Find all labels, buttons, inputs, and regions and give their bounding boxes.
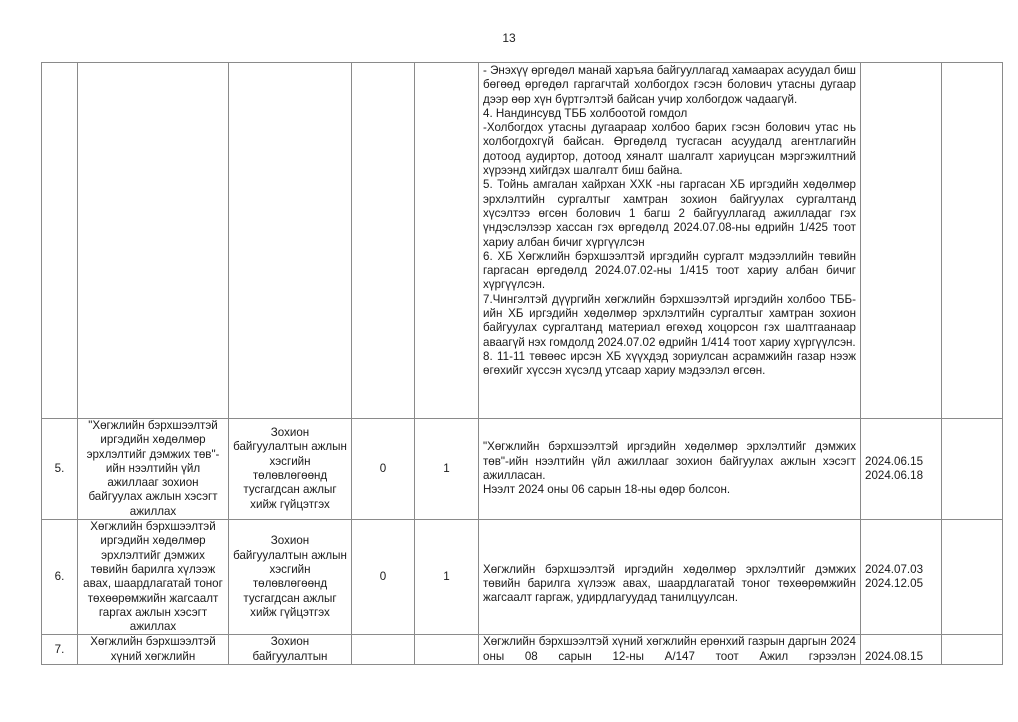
actual-value-cell: 1 (415, 520, 479, 635)
date-cell (861, 63, 942, 419)
date-cell: 2024.07.03 2024.12.05 (861, 520, 942, 635)
result-paragraph: -Холбогдох утасны дугаараар холбоо барих… (483, 121, 856, 178)
result-cell: Хөгжлийн бэрхшээлтэй хүний хөгжлийн ерөн… (479, 635, 861, 665)
table-row: 7. Хөгжлийн бэрхшээлтэй хүний хөгжлийн З… (42, 635, 1003, 665)
table-row: 5. "Хөгжлийн бэрхшээлтэй иргэдийн хөдөлм… (42, 419, 1003, 520)
date-value: 2024.06.15 (865, 455, 937, 469)
result-paragraph: 7.Чингэлтэй дүүргийн хөгжлийн бэрхшээлтэ… (483, 293, 856, 350)
plan-value-cell: 0 (352, 520, 415, 635)
result-paragraph: Нээлт 2024 оны 06 сарын 18-ны өдөр болсо… (483, 483, 856, 497)
result-paragraph: Хөгжлийн бэрхшээлтэй иргэдийн хөдөлмөр э… (483, 563, 856, 606)
report-table: - Энэхүү өргөдөл манай харъяа байгууллаг… (41, 62, 1003, 665)
result-paragraph: "Хөгжлийн бэрхшээлтэй иргэдийн хөдөлмөр … (483, 440, 856, 483)
date-value: 2024.07.03 (865, 563, 937, 577)
result-cell: Хөгжлийн бэрхшээлтэй иргэдийн хөдөлмөр э… (479, 520, 861, 635)
actual-value-cell (415, 635, 479, 665)
task-cell: Хөгжлийн бэрхшээлтэй хүний хөгжлийн (78, 635, 229, 665)
task-cell: Хөгжлийн бэрхшээлтэй иргэдийн хөдөлмөр э… (78, 520, 229, 635)
note-cell (942, 520, 1003, 635)
date-cell: 2024.08.15 (861, 635, 942, 665)
date-cell: 2024.06.15 2024.06.18 (861, 419, 942, 520)
result-paragraph: Хөгжлийн бэрхшээлтэй хүний хөгжлийн ерөн… (483, 635, 856, 664)
date-value: 2024.06.18 (865, 469, 937, 483)
actual-value-cell: 1 (415, 419, 479, 520)
page-number: 13 (0, 31, 1018, 45)
result-paragraph: 6. ХБ Хөгжлийн бэрхшээлтэй иргэдийн сург… (483, 250, 856, 293)
task-cell (78, 63, 229, 419)
measure-cell (229, 63, 352, 419)
result-paragraph: - Энэхүү өргөдөл манай харъяа байгууллаг… (483, 64, 856, 107)
actual-value-cell (415, 63, 479, 419)
row-number-cell: 7. (42, 635, 78, 665)
plan-value-cell: 0 (352, 419, 415, 520)
row-number-cell: 6. (42, 520, 78, 635)
task-cell: "Хөгжлийн бэрхшээлтэй иргэдийн хөдөлмөр … (78, 419, 229, 520)
plan-value-cell (352, 635, 415, 665)
result-paragraph: 5. Тойнь амгалан хайрхан ХХК -ны гаргаса… (483, 178, 856, 249)
note-cell (942, 635, 1003, 665)
table-row: 6. Хөгжлийн бэрхшээлтэй иргэдийн хөдөлмө… (42, 520, 1003, 635)
note-cell (942, 419, 1003, 520)
result-cell: "Хөгжлийн бэрхшээлтэй иргэдийн хөдөлмөр … (479, 419, 861, 520)
row-number-cell (42, 63, 78, 419)
result-paragraph: 4. Нандинсувд ТББ холбоотой гомдол (483, 107, 856, 121)
plan-value-cell (352, 63, 415, 419)
note-cell (942, 63, 1003, 419)
date-value: 2024.12.05 (865, 577, 937, 591)
measure-cell: Зохион байгуулалтын (229, 635, 352, 665)
table-row: - Энэхүү өргөдөл манай харъяа байгууллаг… (42, 63, 1003, 419)
result-paragraph: 8. 11-11 төвөөс ирсэн ХБ хүүхдэд зориулс… (483, 350, 856, 379)
measure-cell: Зохион байгуулалтын ажлын хэсгийн төлөвл… (229, 520, 352, 635)
measure-cell: Зохион байгуулалтын ажлын хэсгийн төлөвл… (229, 419, 352, 520)
row-number-cell: 5. (42, 419, 78, 520)
result-cell: - Энэхүү өргөдөл манай харъяа байгууллаг… (479, 63, 861, 419)
date-value: 2024.08.15 (865, 650, 937, 664)
